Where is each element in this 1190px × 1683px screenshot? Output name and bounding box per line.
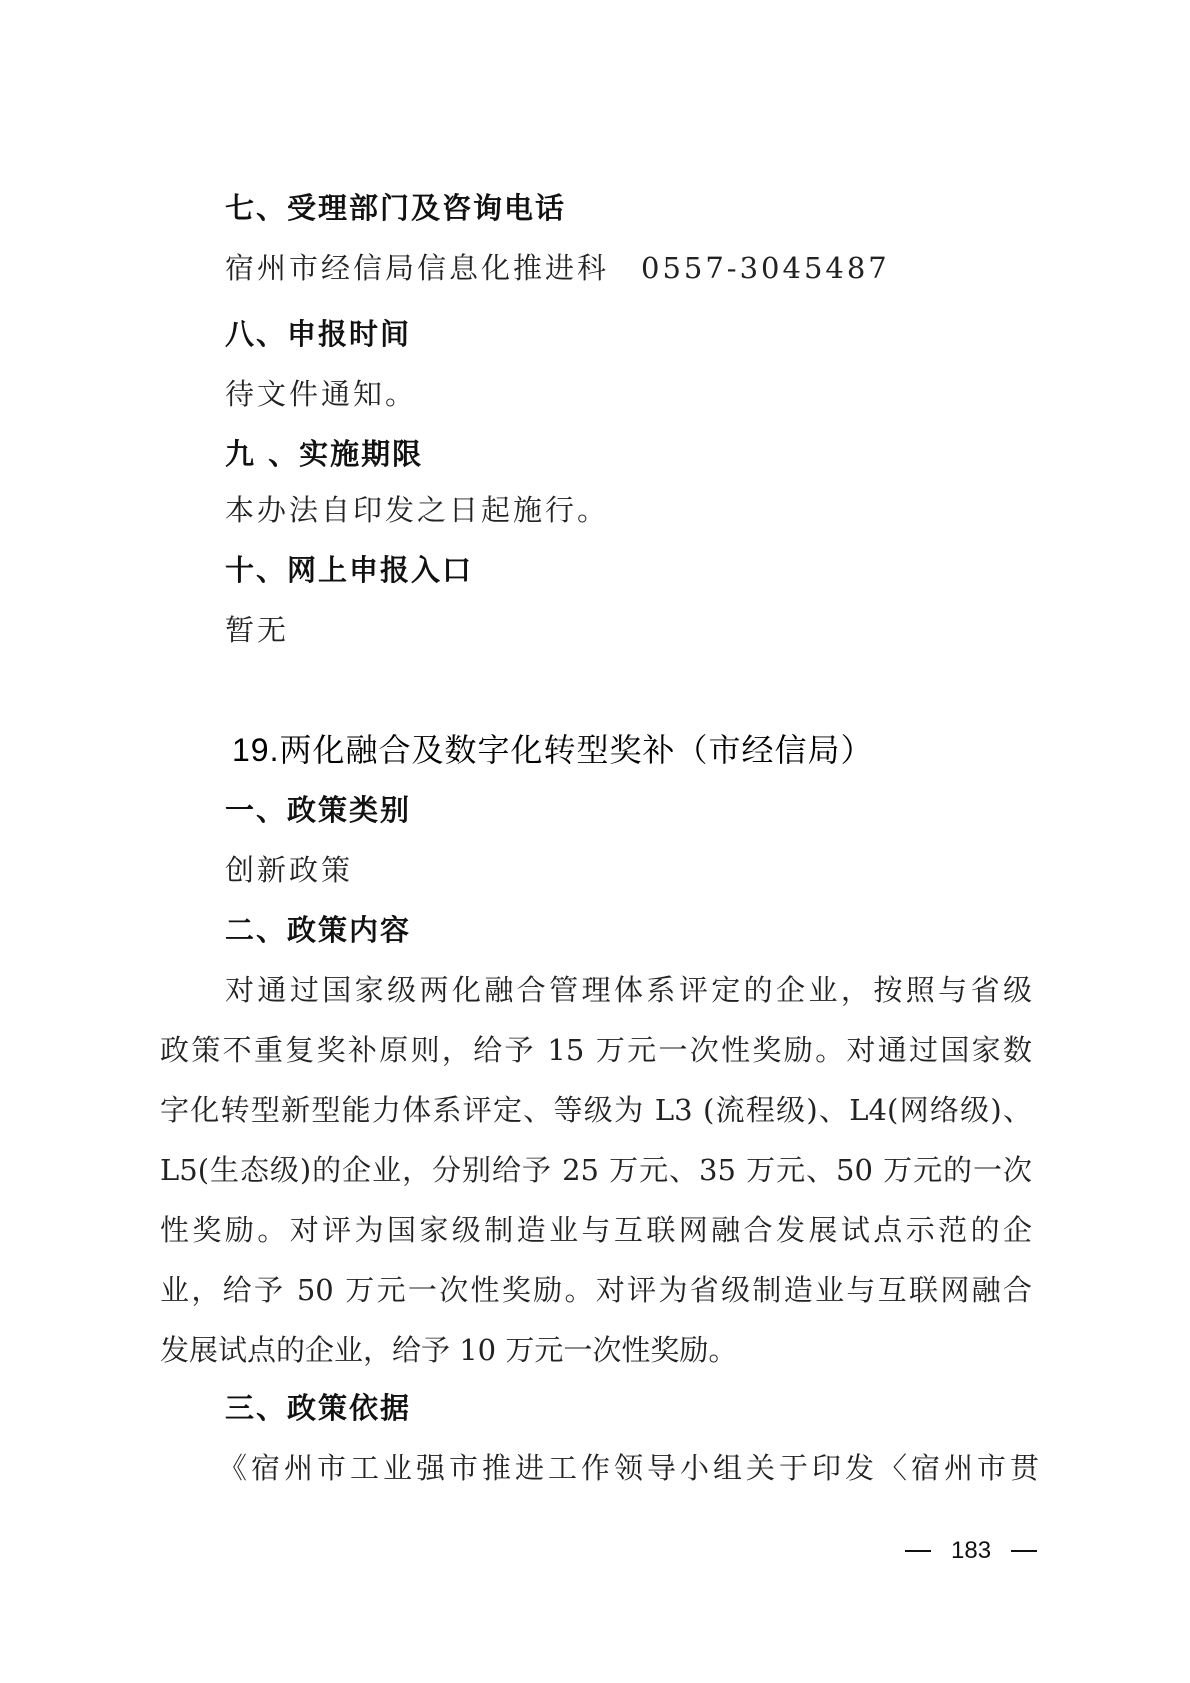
section-heading-application-time: 八、申报时间: [225, 320, 411, 349]
section-heading-policy-basis: 三、政策依据: [225, 1394, 411, 1423]
section-heading-policy-category: 一、政策类别: [225, 796, 411, 825]
policy-category-text: 创新政策: [225, 856, 353, 885]
paragraph-line: 发展试点的企业，给予 10 万元一次性奖励。: [160, 1336, 1032, 1365]
section-heading-policy-content: 二、政策内容: [225, 916, 411, 945]
policy-basis-text: 《宿州市工业强市推进工作领导小组关于印发〈宿州市贯: [218, 1454, 1043, 1483]
section-heading-online-portal: 十、网上申报入口: [225, 556, 473, 585]
policy-title: 19.两化融合及数字化转型奖补（市经信局）: [232, 734, 874, 766]
section-heading-validity: 九 、实施期限: [225, 440, 423, 469]
validity-text: 本办法自印发之日起施行。: [225, 496, 609, 525]
paragraph-line: 政策不重复奖补原则，给予 15 万元一次性奖励。对通过国家数: [160, 1036, 1032, 1065]
paragraph-line: 对通过国家级两化融合管理体系评定的企业，按照与省级: [225, 976, 1032, 1005]
dash-left: [905, 1550, 931, 1552]
application-time-text: 待文件通知。: [225, 380, 417, 409]
page-number: 183: [905, 1537, 1037, 1565]
online-portal-text: 暂无: [225, 616, 289, 645]
section-heading-contact: 七、受理部门及咨询电话: [225, 194, 566, 223]
paragraph-line: 性奖励。对评为国家级制造业与互联网融合发展试点示范的企: [160, 1216, 1032, 1245]
paragraph-line: 业，给予 50 万元一次性奖励。对评为省级制造业与互联网融合: [160, 1276, 1032, 1305]
contact-text: 宿州市经信局信息化推进科 0557-3045487: [225, 254, 890, 283]
page-number-text: 183: [951, 1537, 991, 1565]
dash-right: [1011, 1550, 1037, 1552]
paragraph-line: L5(生态级)的企业，分别给予 25 万元、35 万元、50 万元的一次: [160, 1156, 1032, 1185]
paragraph-line: 字化转型新型能力体系评定、等级为 L3 (流程级)、L4(网络级)、: [160, 1096, 1032, 1125]
